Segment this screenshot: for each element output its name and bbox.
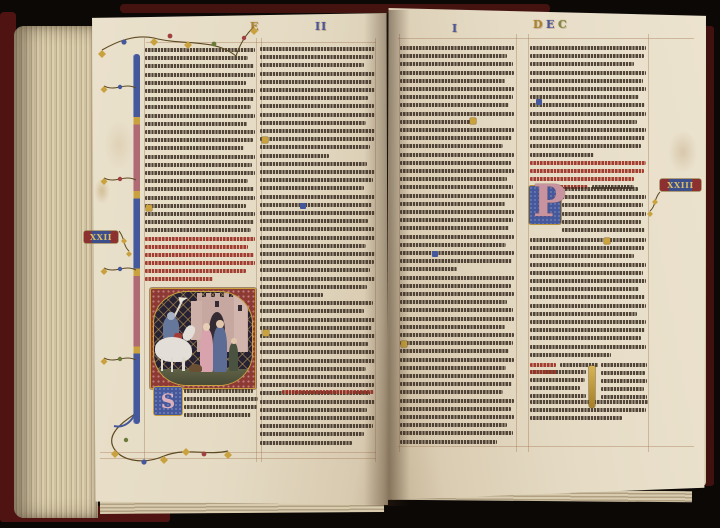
miniature-castle-window	[238, 305, 242, 311]
miniature-figure-head	[231, 338, 237, 345]
script-text-line	[400, 103, 509, 107]
script-text-line	[260, 293, 323, 297]
script-text-line	[400, 218, 513, 222]
script-text-line	[400, 374, 514, 378]
script-text-line	[260, 400, 375, 404]
script-text-line	[145, 114, 255, 118]
script-text-line	[530, 112, 646, 116]
script-text-line	[530, 345, 646, 349]
script-text-line	[145, 245, 248, 249]
script-text-line	[145, 73, 255, 77]
ruling-line	[516, 34, 517, 452]
script-text-line	[260, 219, 368, 223]
script-text-line	[562, 212, 646, 216]
script-text-line	[400, 267, 457, 271]
script-text-line	[530, 128, 646, 132]
script-text-line	[184, 389, 253, 393]
script-text-line	[400, 259, 512, 263]
script-text-line	[260, 211, 375, 215]
script-text-line	[530, 62, 634, 66]
script-text-line	[260, 121, 366, 125]
pilcrow-blue-icon	[432, 251, 438, 257]
script-text-line	[601, 379, 647, 383]
script-text-line	[530, 271, 643, 275]
script-text-line	[601, 363, 647, 367]
script-text-line	[282, 390, 374, 394]
ruling-line	[648, 34, 649, 452]
pilcrow-gold-icon	[401, 341, 407, 347]
script-text-line	[400, 161, 511, 165]
script-text-line	[530, 238, 646, 242]
script-text-line	[260, 301, 373, 305]
miniature-figure-pink-gown	[200, 329, 213, 372]
script-text-line	[400, 177, 507, 181]
running-header-letter: E	[546, 18, 554, 32]
script-text-line	[400, 46, 514, 50]
script-text-line	[530, 320, 646, 324]
script-text-line	[260, 252, 375, 256]
script-text-line	[145, 155, 255, 159]
script-text-line	[145, 81, 246, 85]
script-text-line	[260, 96, 368, 100]
script-text-line	[260, 432, 364, 436]
miniature-banner	[179, 295, 189, 303]
script-text-line	[530, 378, 585, 382]
script-text-line	[260, 236, 375, 240]
script-text-line	[260, 383, 374, 387]
script-text-line	[260, 334, 375, 338]
script-text-line	[400, 308, 513, 312]
script-text-line	[530, 103, 645, 107]
running-header-letter: II	[315, 20, 327, 34]
script-text-line	[260, 375, 375, 379]
pilcrow-blue-icon	[536, 99, 542, 105]
script-text-line	[400, 112, 514, 116]
script-text-line	[145, 97, 254, 101]
script-text-line	[260, 129, 375, 133]
script-text-line	[145, 179, 248, 183]
script-text-line	[145, 187, 254, 191]
pilcrow-blue-icon	[300, 203, 306, 209]
script-text-line	[530, 353, 611, 357]
script-text-line	[145, 146, 244, 150]
script-text-line	[145, 261, 255, 265]
script-text-line	[145, 212, 255, 216]
script-text-line	[400, 276, 514, 280]
pilcrow-gold-icon	[263, 330, 269, 336]
ivy-spray-bottom	[86, 412, 236, 478]
script-text-line	[562, 187, 638, 191]
script-text-line	[260, 408, 367, 412]
script-text-line	[601, 395, 647, 399]
script-text-line	[260, 350, 374, 354]
script-text-line	[260, 277, 375, 281]
ivy-sprig-at-right-badge	[644, 190, 662, 214]
script-text-line	[400, 423, 507, 427]
script-text-line	[400, 202, 505, 206]
script-text-line	[260, 318, 375, 322]
script-text-line	[530, 287, 639, 291]
script-text-line	[400, 235, 514, 239]
script-text-line	[530, 246, 644, 250]
script-text-line	[530, 169, 644, 173]
script-text-line	[260, 424, 373, 428]
script-text-line	[260, 113, 375, 117]
script-text-line	[145, 171, 255, 175]
script-text-line	[184, 405, 257, 409]
miniature-horse-leg	[161, 357, 163, 371]
script-text-line	[400, 210, 514, 214]
script-text-line	[530, 120, 637, 124]
script-text-line	[400, 226, 509, 230]
script-text-line	[260, 285, 367, 289]
script-text-line	[260, 203, 372, 207]
script-text-line	[530, 263, 646, 267]
script-text-line	[260, 47, 375, 51]
script-text-line	[145, 196, 255, 200]
script-text-line	[260, 309, 364, 313]
script-text-line	[145, 220, 254, 224]
script-text-line	[400, 194, 514, 198]
script-text-line	[400, 243, 506, 247]
manuscript-photo: E II I D E C XXII XXIII	[0, 0, 720, 528]
script-text-line	[145, 269, 246, 273]
script-text-line	[400, 54, 507, 58]
script-text-line	[260, 170, 375, 174]
script-text-line	[145, 163, 252, 167]
script-text-line	[260, 88, 375, 92]
script-text-line	[400, 71, 514, 75]
script-text-line	[400, 440, 497, 444]
miniature-figure-child	[229, 343, 238, 371]
script-text-line	[145, 64, 254, 68]
script-text-line	[260, 359, 375, 363]
script-text-line	[400, 415, 514, 419]
script-text-line	[400, 431, 513, 435]
script-text-line	[260, 367, 366, 371]
decorated-initial-right: P	[528, 185, 562, 225]
script-text-line	[400, 366, 506, 370]
script-text-line	[530, 144, 641, 148]
script-text-line	[260, 178, 373, 182]
script-text-line	[562, 195, 646, 199]
script-text-line	[400, 169, 514, 173]
script-text-line	[400, 382, 512, 386]
ruling-line	[375, 38, 376, 462]
script-text-line	[530, 304, 646, 308]
script-text-line	[530, 46, 646, 50]
miniature-castle-window	[215, 301, 219, 307]
margin-chapter-number-right: XXIII	[660, 179, 701, 191]
ruling-line	[398, 38, 694, 39]
script-text-line	[260, 63, 364, 67]
script-text-line	[260, 80, 372, 84]
script-text-line	[601, 387, 644, 391]
script-text-line	[530, 71, 646, 75]
script-text-line	[400, 144, 503, 148]
script-text-line	[601, 371, 645, 375]
script-text-line	[400, 292, 514, 296]
script-text-line	[260, 441, 352, 445]
script-text-line	[260, 154, 329, 158]
script-text-line	[562, 203, 643, 207]
ivy-spray-top	[96, 20, 260, 62]
script-text-line	[260, 55, 373, 59]
script-text-line	[530, 312, 637, 316]
script-text-line	[260, 137, 374, 141]
script-text-line	[145, 237, 255, 241]
script-text-line	[530, 386, 580, 390]
script-text-line	[530, 279, 646, 283]
script-text-line	[260, 227, 374, 231]
script-text-line	[260, 260, 374, 264]
script-text-line	[400, 87, 514, 91]
script-text-line	[530, 328, 645, 332]
script-text-line	[530, 136, 645, 140]
script-text-line	[530, 79, 643, 83]
script-text-line	[400, 62, 513, 66]
script-text-line	[145, 105, 251, 109]
script-text-line	[260, 162, 367, 166]
miniature-knight-helmet	[167, 312, 175, 320]
script-text-line	[400, 390, 503, 394]
script-text-line	[260, 72, 375, 76]
script-text-line	[145, 253, 254, 257]
script-text-line	[562, 228, 645, 232]
script-text-line	[400, 333, 514, 337]
ruling-line	[144, 38, 145, 462]
script-text-line	[145, 228, 251, 232]
script-text-line	[530, 295, 645, 299]
script-text-line	[400, 399, 514, 403]
script-text-line	[530, 370, 556, 374]
script-text-line	[400, 341, 513, 345]
gold-descender-initial	[589, 366, 595, 408]
script-text-line	[260, 145, 370, 149]
script-text-line	[400, 325, 505, 329]
script-text-line	[145, 204, 246, 208]
script-text-line	[400, 136, 512, 140]
script-text-line	[400, 128, 514, 132]
script-text-line	[400, 349, 509, 353]
pilcrow-gold-icon	[262, 137, 268, 143]
miniature-horse-leg	[171, 358, 173, 372]
miniature-illustration	[150, 288, 256, 389]
ruling-line	[528, 34, 529, 452]
script-text-line	[400, 153, 514, 157]
miniature-horse-leg	[182, 357, 184, 371]
miniature-dog	[189, 364, 202, 372]
script-text-line	[530, 408, 646, 412]
script-text-line	[530, 153, 594, 157]
script-text-line	[400, 300, 507, 304]
script-text-line	[145, 138, 253, 142]
script-text-line	[530, 95, 639, 99]
script-text-line	[260, 268, 370, 272]
decorated-initial-left: S	[153, 386, 183, 416]
pilcrow-gold-icon	[470, 118, 476, 124]
script-text-line	[400, 95, 513, 99]
script-text-line	[260, 342, 368, 346]
pilcrow-gold-icon	[604, 238, 610, 244]
running-header-letter: C	[558, 18, 567, 32]
miniature-field	[153, 291, 253, 386]
pilcrow-gold-icon	[146, 205, 152, 211]
script-text-line	[400, 120, 474, 124]
script-text-line	[400, 79, 505, 83]
script-text-line	[530, 394, 586, 398]
script-text-line	[400, 185, 513, 189]
script-text-line	[145, 89, 255, 93]
script-text-line	[260, 104, 374, 108]
decorated-initial-letter: P	[533, 180, 566, 224]
script-text-line	[260, 186, 364, 190]
script-text-line	[530, 416, 622, 420]
script-text-line	[530, 54, 644, 58]
script-text-line	[260, 416, 375, 420]
running-header-letter: D	[533, 18, 543, 32]
script-text-line	[400, 317, 514, 321]
script-text-line	[400, 284, 511, 288]
script-text-line	[400, 358, 514, 362]
miniature-figure-blue-robe	[213, 326, 228, 372]
script-text-line	[530, 254, 634, 258]
script-text-line	[530, 87, 646, 91]
script-text-line	[260, 244, 366, 248]
script-text-line	[260, 195, 375, 199]
ruling-line	[261, 38, 262, 462]
ruling-line	[398, 446, 694, 447]
script-text-line	[400, 407, 511, 411]
script-text-line	[562, 220, 641, 224]
running-header-letter: I	[452, 22, 457, 36]
script-text-line	[145, 277, 213, 281]
script-text-line	[530, 161, 646, 165]
script-text-line	[530, 336, 641, 340]
script-text-line	[530, 363, 556, 367]
script-text-line	[145, 122, 247, 126]
script-text-line	[184, 397, 258, 401]
script-text-line	[260, 326, 372, 330]
script-text-line	[400, 251, 514, 255]
ivy-sprig-at-left-badge	[117, 228, 135, 254]
script-text-line	[145, 130, 255, 134]
